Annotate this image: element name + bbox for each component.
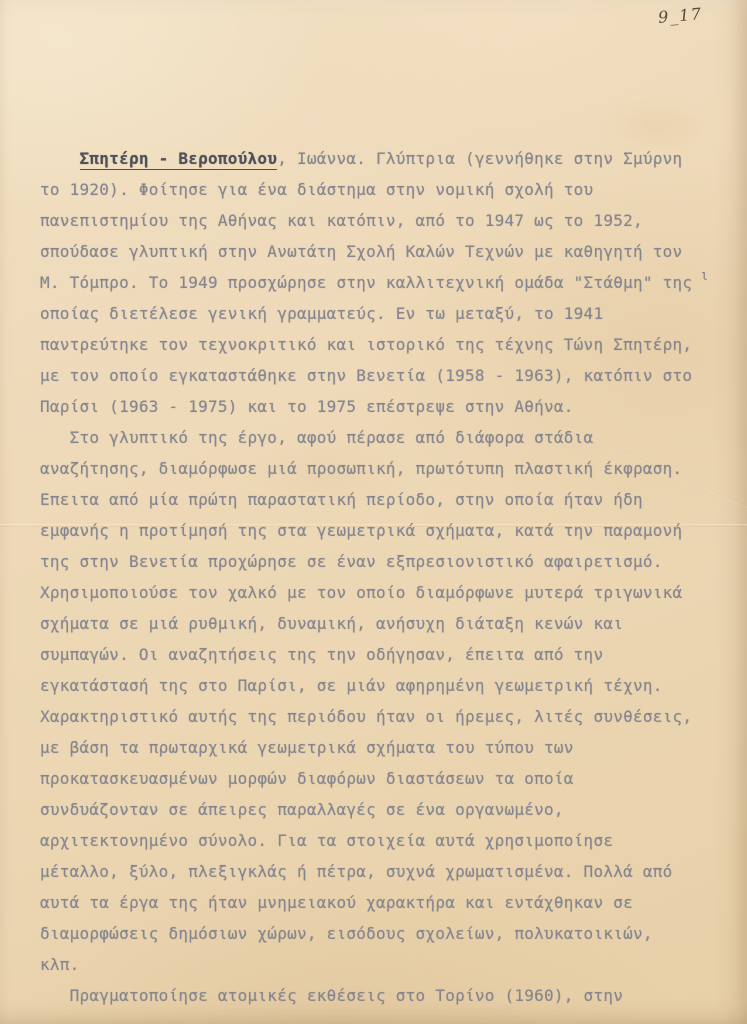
text-line: διαμορφώσεις δημόσιων χώρων, εισόδους σχ… xyxy=(40,918,720,949)
text-line: της στην Βενετία προχώρησε σε έναν εξπρε… xyxy=(40,546,720,577)
text-line: με βάση τα πρωταρχικά γεωμετρικά σχήματα… xyxy=(40,732,720,763)
text-line: παντρεύτηκε τον τεχνοκριτικό και ιστορικ… xyxy=(40,329,720,360)
text-line: το 1920). Φοίτησε για ένα διάστημα στην … xyxy=(40,174,720,205)
text-line: προκατασκευασμένων μορφών διαφόρων διαστ… xyxy=(40,763,720,794)
text-line: οποίας διετέλεσε γενική γραμματεύς. Εν τ… xyxy=(40,298,720,329)
document-text: Σπητέρη - Βεροπούλου, Ιωάννα. Γλύπτρια (… xyxy=(40,143,720,1011)
text-line: Παρίσι (1963 - 1975) και το 1975 επέστρε… xyxy=(40,391,720,422)
text-line: μέταλλο, ξύλο, πλεξιγκλάς ή πέτρα, συχνά… xyxy=(40,856,720,887)
text-line: σχήματα σε μιά ρυθμική, δυναμική, ανήσυχ… xyxy=(40,608,720,639)
text-line: κλπ. xyxy=(40,949,720,980)
handwritten-page-number: 9_17 xyxy=(658,4,704,27)
text-line: εγκατάστασή της στο Παρίσι, σε μιάν αφηρ… xyxy=(40,670,720,701)
text-line: Επειτα από μία πρώτη παραστατική περίοδο… xyxy=(40,484,720,515)
text-line: με τον οποίο εγκαταστάθηκε στην Βενετία … xyxy=(40,360,720,391)
text-line-title: Σπητέρη - Βεροπούλου, Ιωάννα. Γλύπτρια (… xyxy=(40,143,720,174)
text-line: αναζήτησης, διαμόρφωσε μιά προσωπική, πρ… xyxy=(40,453,720,484)
title-indent xyxy=(40,149,80,168)
title-rest: , Ιωάννα. Γλύπτρια (γεννήθηκε στην Σμύρν… xyxy=(277,149,682,168)
text-line: συνδυάζονταν σε άπειρες παραλλαγές σε έν… xyxy=(40,794,720,825)
text-line: συμπαγών. Οι αναζητήσεις της την οδήγησα… xyxy=(40,639,720,670)
entry-name-underlined: Σπητέρη - Βεροπούλου xyxy=(80,149,278,170)
text-line: εμφανής η προτίμησή της στα γεωμετρικά σ… xyxy=(40,515,720,546)
scanned-typewritten-page: 9_17 ι Σπητέρη - Βεροπούλου, Ιωάννα. Γλύ… xyxy=(0,0,747,1024)
text-line: πανεπιστημίου της Αθήνας και κατόπιν, απ… xyxy=(40,205,720,236)
text-line: Στο γλυπτικό της έργο, αφού πέρασε από δ… xyxy=(40,422,720,453)
text-line: αυτά τα έργα της ήταν μνημειακού χαρακτή… xyxy=(40,887,720,918)
text-line: Χαρακτηριστικό αυτής της περιόδου ήταν ο… xyxy=(40,701,720,732)
text-line: αρχιτεκτονημένο σύνολο. Για τα στοιχεία … xyxy=(40,825,720,856)
text-line: Μ. Τόμπρο. Το 1949 προσχώρησε στην καλλι… xyxy=(40,267,720,298)
text-line: Χρησιμοποιούσε τον χαλκό με τον οποίο δι… xyxy=(40,577,720,608)
text-line: σπούδασε γλυπτική στην Ανωτάτη Σχολή Καλ… xyxy=(40,236,720,267)
text-line: Πραγματοποίησε ατομικές εκθέσεις στο Τορ… xyxy=(40,980,720,1011)
